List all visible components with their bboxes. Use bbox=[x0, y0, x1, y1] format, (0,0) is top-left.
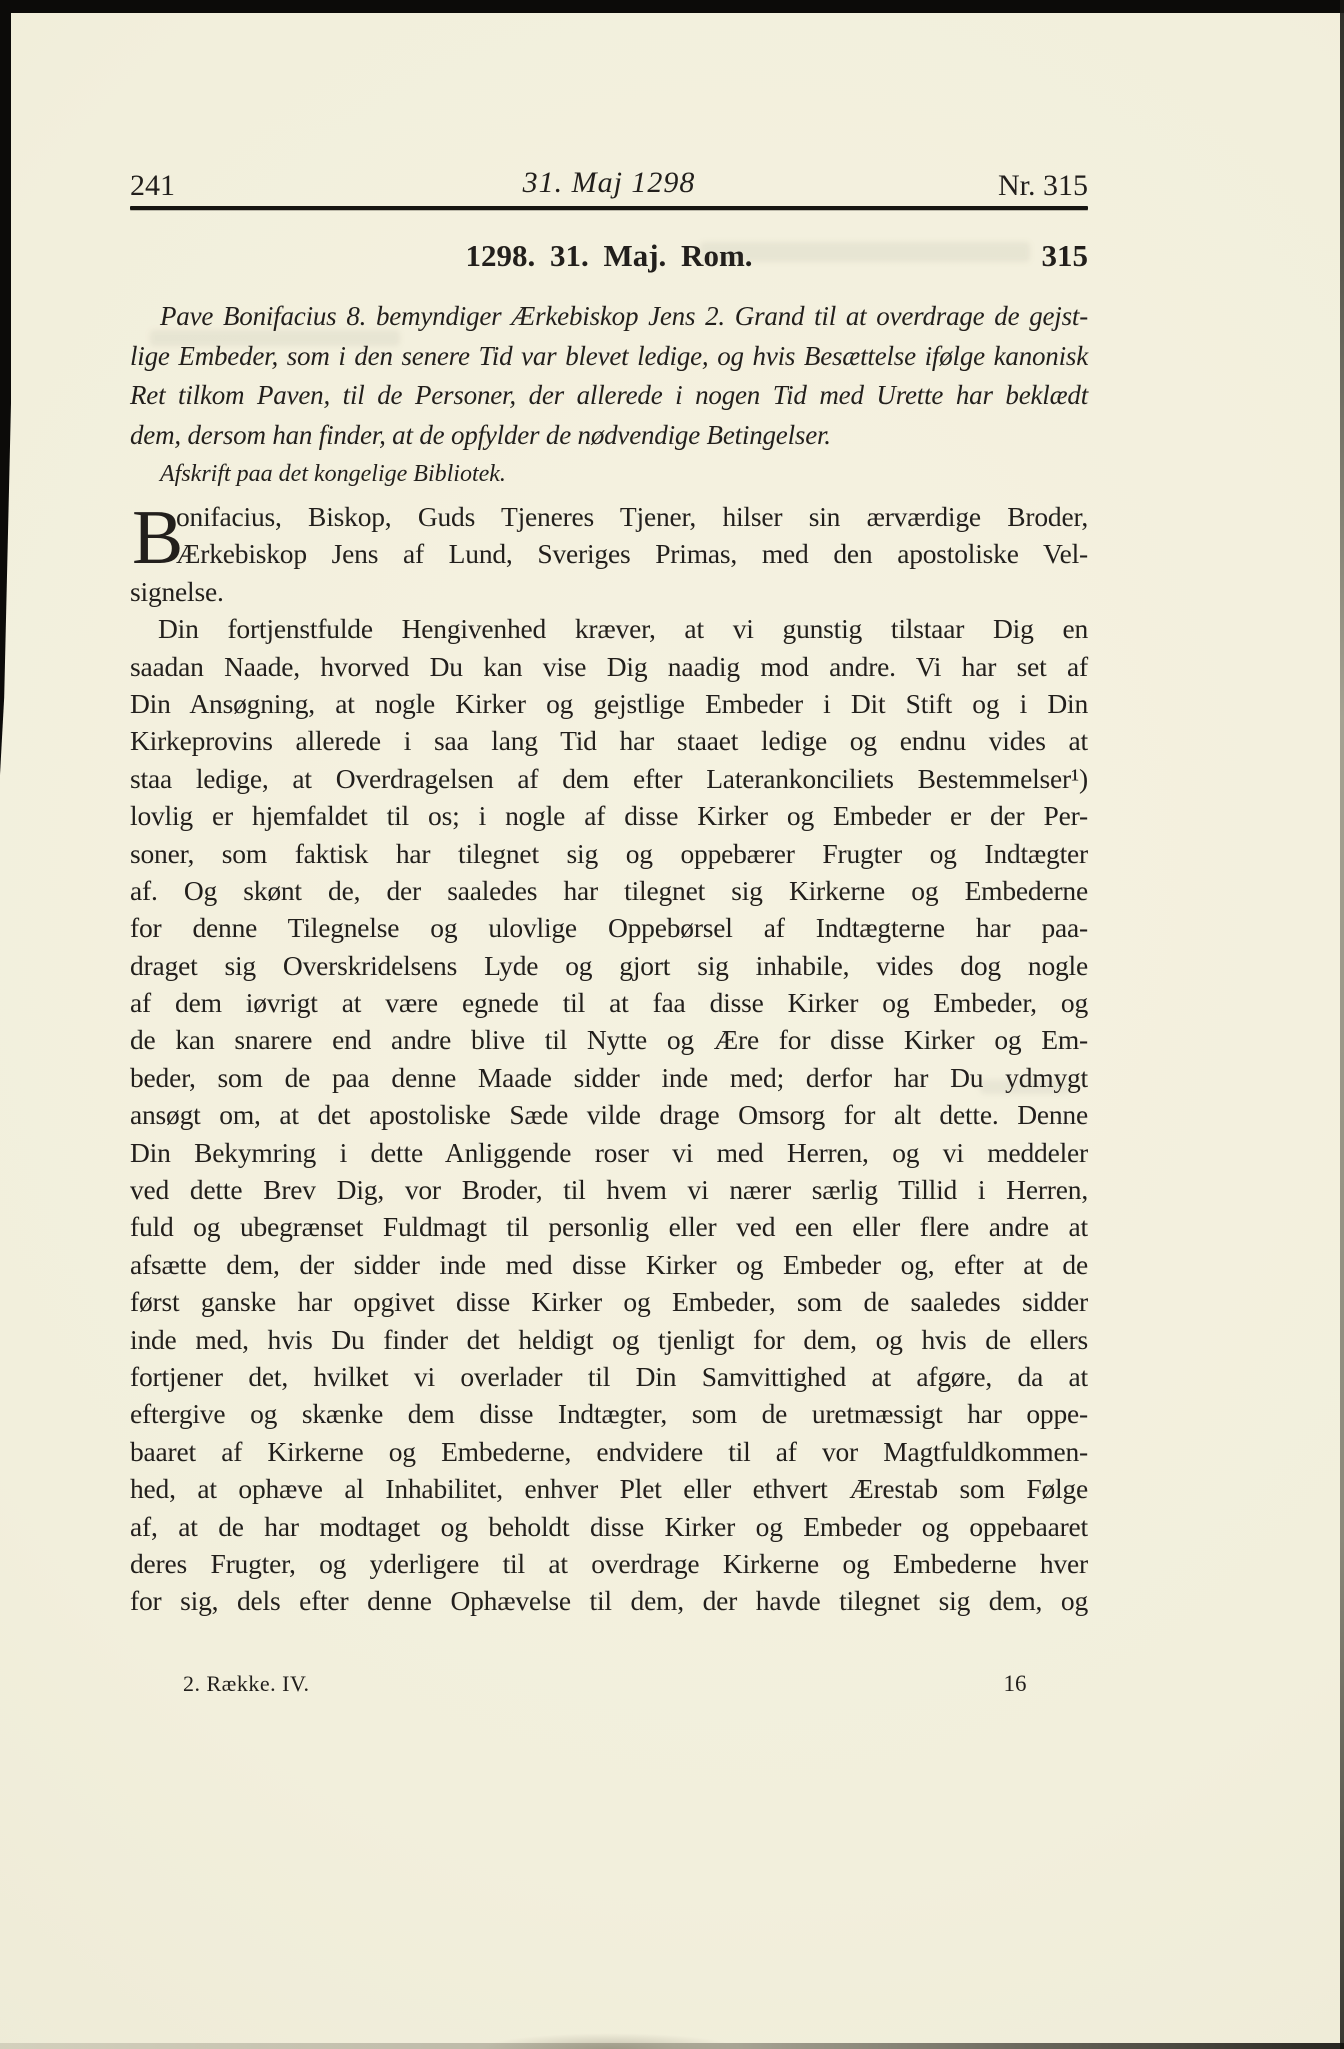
body-line: deres Frugter, og yderligere til at over… bbox=[130, 1545, 1088, 1582]
header-rule bbox=[130, 206, 1088, 210]
date-place: 1298. 31. Maj. Rom. bbox=[130, 238, 1088, 274]
body-line: Kirkeprovins allerede i saa lang Tid har… bbox=[130, 722, 1088, 759]
body-line: staa ledige, at Overdragelsen af dem eft… bbox=[130, 760, 1088, 797]
body-paragraphs: onifacius, Biskop, Guds Tjeneres Tjener,… bbox=[130, 498, 1088, 1620]
body-line: lovlig er hjemfaldet til os; i nogle af … bbox=[130, 797, 1088, 834]
summary-paragraph: Pave Bonifacius 8. bemyndiger Ærkebiskop… bbox=[130, 297, 1088, 455]
body-line: for sig, dels efter denne Ophævelse til … bbox=[130, 1582, 1088, 1619]
body-line: onifacius, Biskop, Guds Tjeneres Tjener,… bbox=[130, 498, 1088, 535]
body-line: Din Ansøgning, at nogle Kirker og gejstl… bbox=[130, 685, 1088, 722]
page-footer: 2. Række. IV. 16 bbox=[130, 1671, 1088, 1701]
body-line: signelse. bbox=[130, 573, 1088, 610]
series-label: 2. Række. IV. bbox=[183, 1671, 310, 1697]
summary-line: Ret tilkom Paven, til de Personer, der a… bbox=[130, 376, 1088, 416]
document-page: 241 31. Maj 1298 Nr. 315 1298. 31. Maj. … bbox=[0, 0, 1344, 2049]
running-title: 31. Maj 1298 bbox=[130, 166, 1088, 200]
date-heading: 1298. 31. Maj. Rom. 315 bbox=[130, 238, 1088, 274]
scan-edge-right bbox=[1340, 0, 1344, 2049]
body-line: Ærkebiskop Jens af Lund, Sveriges Primas… bbox=[130, 535, 1088, 572]
body-line: Din Bekymring i dette Anliggende roser v… bbox=[130, 1134, 1088, 1171]
body-line: hed, at ophæve al Inhabilitet, enhver Pl… bbox=[130, 1470, 1088, 1507]
entry-number: 315 bbox=[1042, 238, 1089, 274]
body-line: ansøgt om, at det apostoliske Sæde vilde… bbox=[130, 1096, 1088, 1133]
running-head: 241 31. Maj 1298 Nr. 315 bbox=[130, 169, 1088, 203]
body-line: inde med, hvis Du finder det heldigt og … bbox=[130, 1321, 1088, 1358]
body-line: baaret af Kirkerne og Embederne, endvide… bbox=[130, 1433, 1088, 1470]
body-line: af dem iøvrigt at være egnede til at faa… bbox=[130, 984, 1088, 1021]
body-line: de kan snarere end andre blive til Nytte… bbox=[130, 1021, 1088, 1058]
body-line: af, at de har modtaget og beholdt disse … bbox=[130, 1508, 1088, 1545]
summary-line: Pave Bonifacius 8. bemyndiger Ærkebiskop… bbox=[130, 297, 1088, 337]
scan-edge-left bbox=[0, 0, 11, 775]
body-line: først ganske har opgivet disse Kirker og… bbox=[130, 1283, 1088, 1320]
body-line: af. Og skønt de, der saaledes har tilegn… bbox=[130, 872, 1088, 909]
body-line: ved dette Brev Dig, vor Broder, til hvem… bbox=[130, 1171, 1088, 1208]
body-line: for denne Tilegnelse og ulovlige Oppebør… bbox=[130, 909, 1088, 946]
source-note: Afskrift paa det kongelige Bibliotek. bbox=[160, 461, 1118, 488]
scan-smudge bbox=[480, 2033, 740, 2049]
body-line: eftergive og skænke dem disse Indtægter,… bbox=[130, 1395, 1088, 1432]
body-line: Din fortjenstfulde Hengivenhed kræver, a… bbox=[130, 610, 1088, 647]
body-line: soner, som faktisk har tilegnet sig og o… bbox=[130, 835, 1088, 872]
body-line: beder, som de paa denne Maade sidder ind… bbox=[130, 1059, 1088, 1096]
scan-edge-top bbox=[0, 0, 1344, 13]
summary-line: dem, dersom han finder, at de opfylder d… bbox=[130, 416, 1088, 456]
sheet-number: 16 bbox=[995, 1671, 1035, 1697]
body-line: saadan Naade, hvorved Du kan vise Dig na… bbox=[130, 648, 1088, 685]
body-line: fortjener det, hvilket vi overlader til … bbox=[130, 1358, 1088, 1395]
summary-line: lige Embeder, som i den senere Tid var b… bbox=[130, 337, 1088, 377]
body-line: afsætte dem, der sidder inde med disse K… bbox=[130, 1246, 1088, 1283]
body-line: draget sig Overskridelsens Lyde og gjort… bbox=[130, 947, 1088, 984]
document-number-label: Nr. 315 bbox=[998, 169, 1088, 203]
body-line: fuld og ubegrænset Fuldmagt til personli… bbox=[130, 1208, 1088, 1245]
